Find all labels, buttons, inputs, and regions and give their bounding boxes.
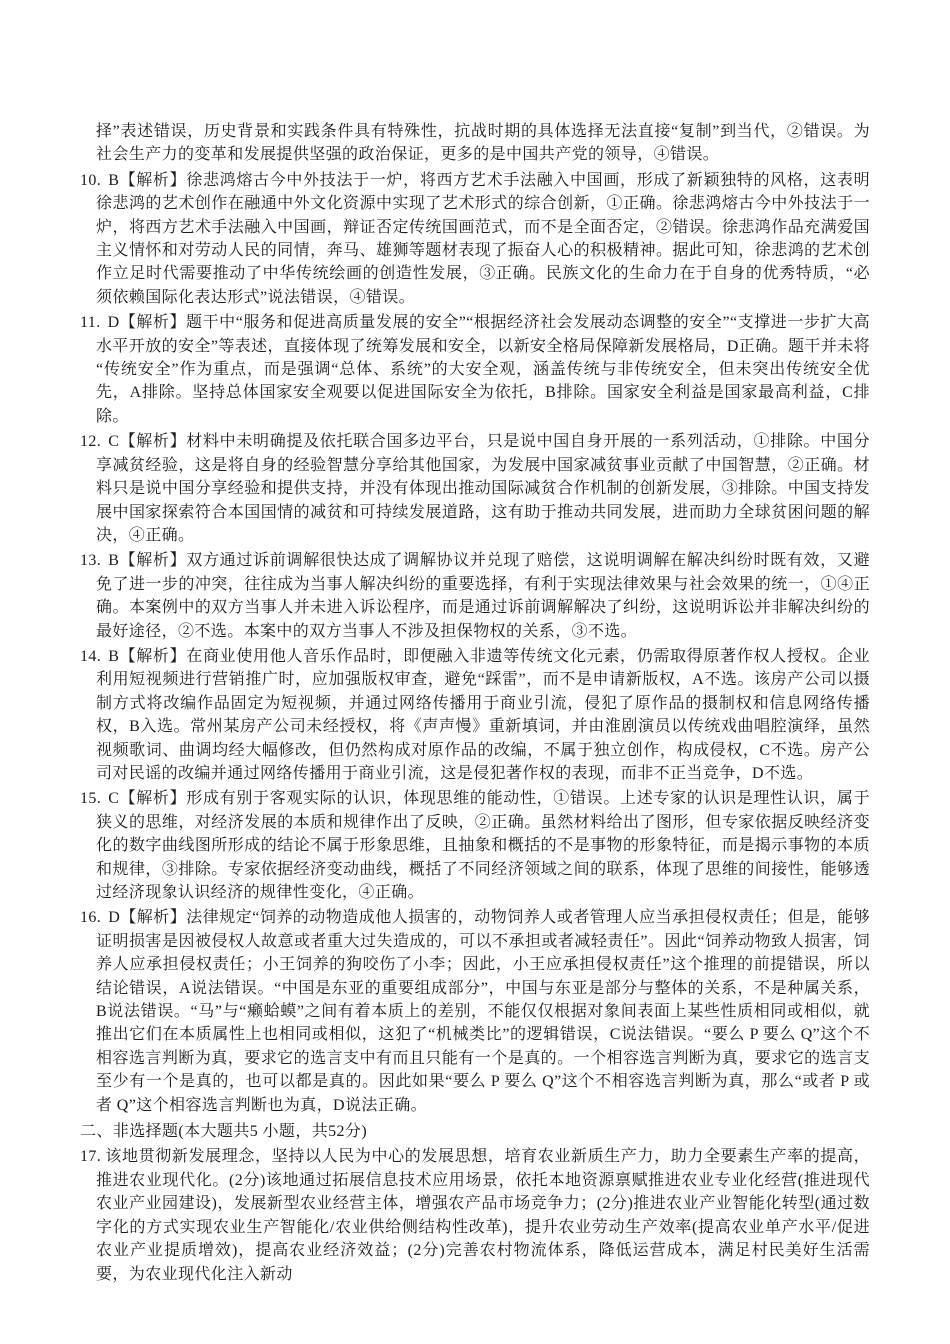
item-answer-letter: D (108, 909, 120, 926)
answer-item-12: 12.C【解析】材料中未明确提及依托联合国多边平台，只是说中国自身开展的一系列活… (80, 430, 870, 547)
document-text-block: 择”表述错误，历史背景和实践条件具有特殊性，抗战时期的具体选择无法直接“复制”到… (80, 120, 870, 1286)
analysis-label: 【解析】 (120, 314, 186, 331)
item-answer-letter: C (108, 433, 119, 450)
analysis-label: 【解析】 (119, 648, 186, 665)
item-answer-letter: B (108, 648, 119, 665)
answer-item-17: 17.该地贯彻新发展理念，坚持以人民为中心的发展思想，培育农业新质生产力，助力全… (80, 1145, 870, 1285)
analysis-text: 徐悲鸿熔古今中外技法于一炉，将西方艺术手法融入中国画，形成了新颖独特的风格，这表… (96, 172, 870, 306)
analysis-label: 【解析】 (119, 552, 186, 569)
analysis-text: 在商业使用他人音乐作品时，即便融入非遗等传统文化元素，仍需取得原著作权人授权。企… (96, 648, 870, 782)
item-number: 15. (80, 790, 101, 807)
item-number: 12. (80, 433, 101, 450)
item-number: 14. (80, 648, 101, 665)
item-number: 10. (80, 172, 101, 189)
item-number: 13. (80, 552, 101, 569)
analysis-text: 双方通过诉前调解很快达成了调解协议并兑现了赔偿，这说明调解在解决纠纷时既有效，又… (96, 552, 870, 639)
answer-key-page: { "intro": { "continuation_text": "择”表述错… (0, 0, 950, 1344)
item-answer-letter: D (108, 314, 120, 331)
answer-item-13: 13.B【解析】双方通过诉前调解很快达成了调解协议并兑现了赔偿，这说明调解在解决… (80, 549, 870, 643)
analysis-label: 【解析】 (119, 790, 186, 807)
item-number: 17. (80, 1148, 101, 1165)
item-answer-letter: B (108, 172, 119, 189)
analysis-label: 【解析】 (119, 433, 186, 450)
item-answer-letter: C (108, 790, 119, 807)
analysis-text: 形成有别于客观实际的认识，体现思维的能动性，①错误。上述专家的认识是理性认识，属… (96, 790, 870, 901)
analysis-label: 【解析】 (119, 172, 186, 189)
answer-text: 该地贯彻新发展理念，坚持以人民为中心的发展思想，培育农业新质生产力，助力全要素生… (96, 1148, 870, 1282)
analysis-text: 法律规定“饲养的动物造成他人损害的，动物饲养人或者管理人应当承担侵权责任；但是，… (96, 909, 870, 1113)
previous-answer-continuation: 择”表述错误，历史背景和实践条件具有特殊性，抗战时期的具体选择无法直接“复制”到… (96, 120, 870, 167)
item-answer-letter: B (108, 552, 119, 569)
answer-item-16: 16.D【解析】法律规定“饲养的动物造成他人损害的，动物饲养人或者管理人应当承担… (80, 906, 870, 1117)
item-number: 16. (80, 909, 101, 926)
analysis-text: 题干中“服务和促进高质量发展的安全”“根据经济社会发展动态调整的安全”“支撑进一… (96, 314, 870, 425)
answer-item-11: 11.D【解析】题干中“服务和促进高质量发展的安全”“根据经济社会发展动态调整的… (80, 311, 870, 428)
item-number: 11. (80, 314, 101, 331)
section-heading-non-multiple-choice: 二、非选择题(本大题共5 小题，共52分) (80, 1120, 870, 1143)
answer-item-14: 14.B【解析】在商业使用他人音乐作品时，即便融入非遗等传统文化元素，仍需取得原… (80, 645, 870, 785)
analysis-text: 材料中未明确提及依托联合国多边平台，只是说中国自身开展的一系列活动，①排除。中国… (96, 433, 870, 544)
answer-item-10: 10.B【解析】徐悲鸿熔古今中外技法于一炉，将西方艺术手法融入中国画，形成了新颖… (80, 169, 870, 309)
analysis-label: 【解析】 (120, 909, 186, 926)
answer-item-15: 15.C【解析】形成有别于客观实际的认识，体现思维的能动性，①错误。上述专家的认… (80, 787, 870, 904)
